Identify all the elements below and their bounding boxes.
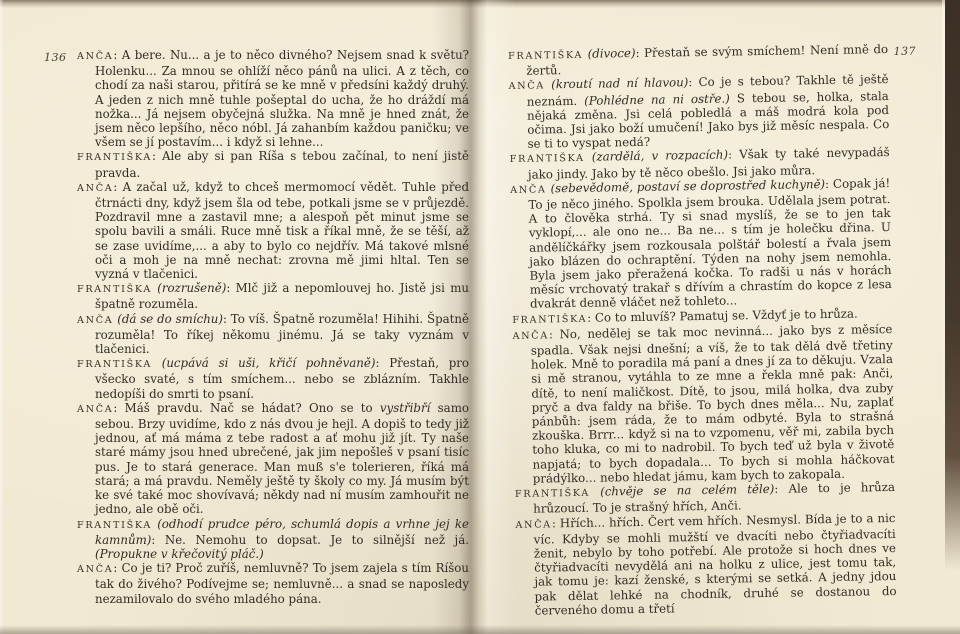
dialogue-entry: ANČA (sebevědomě, postaví se doprostřed … [510, 176, 892, 312]
inline-stage-direction: vystřibří [380, 401, 431, 415]
stage-direction: (ucpává si uši, křičí pohněvaně) [152, 356, 376, 370]
dialogue-entry: ANČA: Co je ti? Proč zuříš, nemluvně? To… [77, 561, 469, 606]
dialogue-entry: FRANTIŠKA (rozrušeně): Mlč již a nepomlo… [77, 281, 469, 311]
speaker-name: FRANTIŠKA [77, 520, 152, 531]
page-number-left: 136 [44, 51, 67, 64]
dialogue-entry: ANČA: A začal už, když to chceš mermomoc… [77, 180, 469, 281]
dialogue-entry: ANČA: No, nedělej se tak moc nevinná... … [512, 322, 894, 486]
dialogue-entry: ANČA: A bere. Nu... a je to něco divného… [77, 48, 469, 149]
stage-direction: (sebevědomě, postaví se doprostřed kuchy… [547, 177, 826, 195]
stage-direction: (zardělá, v rozpacích) [585, 148, 729, 164]
photo-bottom-edge [0, 625, 960, 634]
dialogue-entry: FRANTIŠKA (odhodí prudce péro, schumlá d… [77, 517, 469, 562]
speaker-name: ANČA [512, 330, 549, 342]
book-photo: 136 ANČA: A bere. Nu... a je to něco div… [0, 0, 960, 634]
speaker-name: FRANTIŠKA [515, 488, 590, 500]
speaker-name: ANČA [509, 81, 546, 93]
stage-direction: (odhodí prudce péro, schumlá dopis a vrh… [95, 517, 469, 547]
page-right-text: FRANTIŠKA (divoce): Přestaň se svým smíc… [508, 42, 897, 618]
speaker-name: FRANTIŠKA [512, 313, 587, 325]
speaker-name: ANČA [77, 51, 113, 62]
speaker-name: FRANTIŠKA [510, 153, 585, 165]
dialogue-entry: ANČA (dá se do smíchu): To víš. Špatně r… [77, 312, 469, 357]
dialogue-entry: FRANTIŠKA (ucpává si uši, křičí pohněvan… [77, 356, 469, 401]
dialogue-entry: ANČA: Máš pravdu. Nač se hádat? Ono se t… [77, 401, 469, 517]
dialogue-entry: ANČA (kroutí nad ní hlavou): Co je s teb… [508, 72, 889, 151]
photo-left-edge [0, 0, 4, 634]
dialogue-entry: FRANTIŠKA: Ale aby si pan Ríša s tebou z… [77, 149, 469, 179]
inline-stage-direction: (Pohlédne na ni ostře.) [584, 91, 730, 107]
stage-direction: (dá se do smíchu) [113, 312, 223, 326]
page-right: 137 FRANTIŠKA (divoce): Přestaň se svým … [508, 42, 925, 618]
speaker-name: ANČA [77, 183, 113, 194]
speaker-name: FRANTIŠKA [77, 284, 152, 295]
page-stack-highlight [942, 0, 945, 520]
speaker-name: ANČA [515, 519, 552, 531]
stage-direction: (chvěje se na celém těle) [590, 482, 775, 499]
page-number-right: 137 [893, 45, 916, 58]
dialogue-entry: ANČA: Hřích... hřích. Čert vem hřích. Ne… [515, 510, 897, 617]
speaker-name: ANČA [77, 564, 113, 575]
stage-direction: (divoce) [583, 46, 636, 61]
page-left-text: ANČA: A bere. Nu... a je to něco divného… [77, 48, 469, 606]
speaker-name: ANČA [510, 184, 547, 196]
speaker-name: FRANTIŠKA [508, 50, 583, 62]
inline-stage-direction: (Propukne v křečovitý pláč.) [95, 547, 264, 561]
page-left: 136 ANČA: A bere. Nu... a je to něco div… [44, 48, 472, 606]
stage-direction: (rozrušeně) [152, 281, 226, 295]
speaker-name: ANČA [77, 404, 113, 415]
speaker-name: FRANTIŠKA [77, 359, 152, 370]
book-cover-edge [945, 0, 960, 634]
stage-direction: (kroutí nad ní hlavou) [545, 76, 689, 92]
speaker-name: ANČA [77, 315, 113, 326]
speaker-name: FRANTIŠKA [77, 152, 152, 163]
